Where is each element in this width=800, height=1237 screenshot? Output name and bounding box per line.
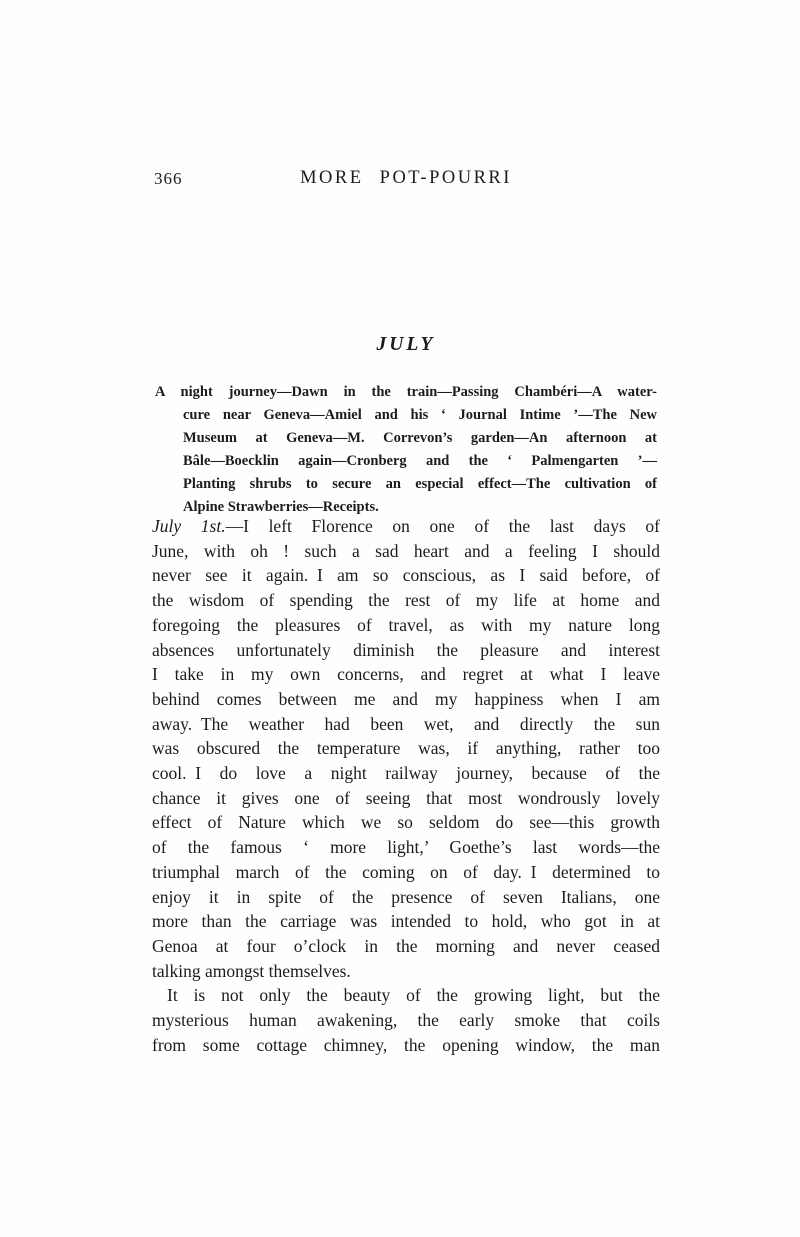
text-line: mysterious human awakening, the early sm… [152, 1008, 660, 1033]
book-page: 366 MORE POT-POURRI JULY A night journey… [0, 0, 800, 1237]
text-line: Genoa at four o’clock in the morning and… [152, 934, 660, 959]
page-number: 366 [154, 169, 183, 189]
text-line: A night journey—Dawn in the train—Passin… [155, 381, 657, 404]
body-text: July 1st.—I left Florence on one of the … [152, 514, 660, 1057]
text-line: never see it again. I am so conscious, a… [152, 563, 660, 588]
text-line: June, with oh ! such a sad heart and a f… [152, 539, 660, 564]
running-header: 366 MORE POT-POURRI [152, 168, 660, 192]
text-line: cool. I do love a night railway journey,… [152, 761, 660, 786]
chapter-summary: A night journey—Dawn in the train—Passin… [155, 381, 657, 519]
text-line: more than the carriage was intended to h… [152, 909, 660, 934]
text-line: was obscured the temperature was, if any… [152, 736, 660, 761]
text-line: of the famous ‘ more light,’ Goethe’s la… [152, 835, 660, 860]
text-line: It is not only the beauty of the growing… [152, 983, 660, 1008]
paragraph-2-lines: It is not only the beauty of the growing… [152, 983, 660, 1057]
text-line: cure near Geneva—Amiel and his ‘ Journal… [155, 404, 657, 427]
summary-lines: A night journey—Dawn in the train—Passin… [155, 381, 657, 496]
text-line: foregoing the pleasures of travel, as wi… [152, 613, 660, 638]
line-text: —I left Florence on one of the last days… [226, 516, 660, 536]
chapter-title: JULY [152, 334, 660, 356]
paragraph-1-last-line: talking amongst themselves. [152, 959, 660, 984]
running-title: MORE POT-POURRI [152, 168, 660, 189]
text-line: the wisdom of spending the rest of my li… [152, 588, 660, 613]
text-line: chance it gives one of seeing that most … [152, 786, 660, 811]
text-line: away. The weather had been wet, and dire… [152, 712, 660, 737]
text-line: absences unfortunately diminish the plea… [152, 638, 660, 663]
text-line: behind comes between me and my happiness… [152, 687, 660, 712]
text-line: triumphal march of the coming on of day.… [152, 860, 660, 885]
text-line: from some cottage chimney, the opening w… [152, 1033, 660, 1058]
paragraph-1-lines: June, with oh ! such a sad heart and a f… [152, 539, 660, 959]
paragraph-1: July 1st.—I left Florence on one of the … [152, 514, 660, 983]
paragraph-2: It is not only the beauty of the growing… [152, 983, 660, 1057]
text-line: I take in my own concerns, and regret at… [152, 662, 660, 687]
date-lead-italic: July 1st. [152, 516, 226, 536]
text-line: Bâle—Boecklin again—Cronberg and the ‘ P… [155, 450, 657, 473]
text-line: July 1st.—I left Florence on one of the … [152, 514, 660, 539]
text-line: Planting shrubs to secure an especial ef… [155, 473, 657, 496]
text-line: Museum at Geneva—M. Correvon’s garden—An… [155, 427, 657, 450]
text-line: effect of Nature which we so seldom do s… [152, 810, 660, 835]
text-line: enjoy it in spite of the presence of sev… [152, 885, 660, 910]
